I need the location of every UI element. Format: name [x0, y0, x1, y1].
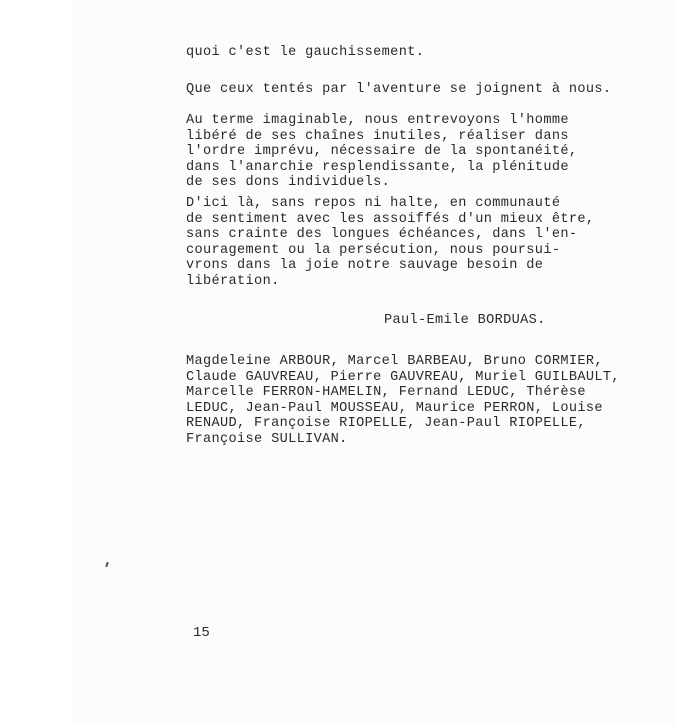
paragraph-aventure: Que ceux tentés par l'aventure se joigne…: [186, 82, 611, 98]
paragraph-terme-imaginable: Au terme imaginable, nous entrevoyons l'…: [186, 113, 577, 191]
paragraph-gauchissement: quoi c'est le gauchissement.: [186, 45, 424, 61]
signatories-list: Magdeleine ARBOUR, Marcel BARBEAU, Bruno…: [186, 354, 620, 448]
author-signature: Paul-Emile BORDUAS.: [384, 313, 546, 329]
paragraph-ici-la: D'ici là, sans repos ni halte, en commun…: [186, 196, 594, 290]
page-number: 15: [193, 625, 210, 641]
